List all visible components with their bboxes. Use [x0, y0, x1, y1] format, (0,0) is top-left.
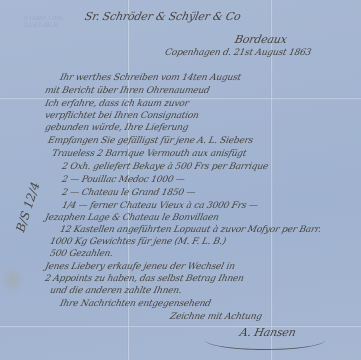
body-line: Ihre Nachrichten entgegensehend: [59, 299, 212, 309]
body-line: 12 Kastellen angeführten Lopuaut à zuvor…: [59, 225, 322, 235]
body-line: Traueless 2 Barrique Vermouth aux anisfü…: [51, 149, 247, 159]
body-line: Jezaphen Lage & Chateau le Bonvillaen: [44, 213, 220, 223]
body-line: gebunden würde, Ihre Lieferung: [44, 123, 189, 133]
addressee: Sr. Schröder & Schÿler & Co: [84, 10, 242, 23]
body-line: 2 Appoints zu haben, das selbst Betrag I…: [44, 274, 245, 284]
letter-page: STAMP LINE ILLEGIBLE Sr. Schröder & Schÿ…: [0, 0, 361, 360]
fold-line-horizontal-bottom: [0, 325, 361, 328]
place-date: Copenhagen d. 21st August 1863: [164, 48, 312, 58]
body-line: und die anderen zahlte Ihnen.: [49, 286, 183, 296]
body-line: 1/4 — ferner Chateau Vieux à ca 3000 Frs…: [61, 201, 259, 211]
body-line: 2 Oxh. geliefert Bekaye à 500 Frs per Ba…: [61, 162, 269, 172]
margin-note: B/S 12/4: [13, 180, 42, 234]
body-line: 1000 Kg Gewichtes für jene (M. F. L. B.): [49, 237, 227, 247]
body-line: Ich erfahre, dass ich kaum zuvor: [44, 99, 190, 109]
body-line: Ihr werthes Schreiben vom 14ten August: [59, 73, 242, 83]
paper-stain: [0, 265, 25, 295]
signature-flourish: [205, 335, 325, 350]
body-line: 500 Gezahlen.: [49, 249, 114, 259]
body-line: Jenes Liebery erkaufe jeneu der Wechsel …: [44, 262, 236, 272]
body-line: 2 — Chateau le Grand 1850 —: [61, 188, 196, 198]
closing: Zeichne mit Achtung: [169, 312, 263, 322]
body-line: mit Bericht über Ihren Ohrenaumeud: [44, 86, 211, 96]
body-line: verpflichtet bei Ihren Consignation: [44, 111, 200, 121]
destination: Bordeaux: [234, 33, 289, 46]
faded-stamp: STAMP LINE ILLEGIBLE: [24, 16, 64, 30]
body-line: 2 — Pouillac Medoc 1000 —: [61, 175, 186, 185]
body-line: Empfangen Sie gefälligst für jene A. L. …: [47, 136, 254, 146]
